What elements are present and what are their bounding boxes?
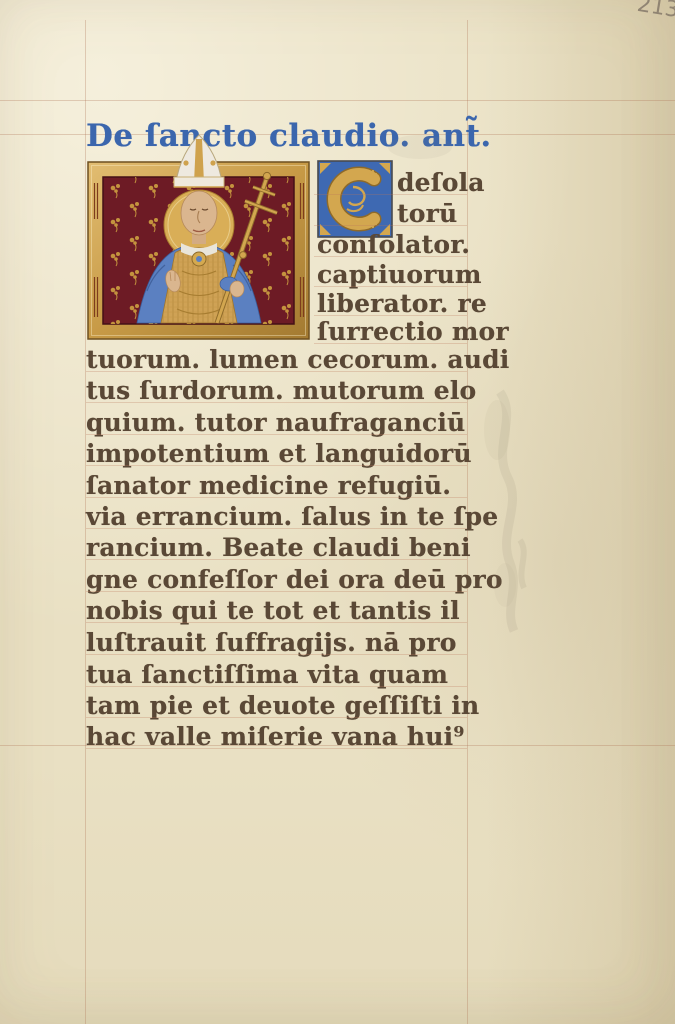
text-line-ruling (86, 591, 467, 592)
text-line: tua ſanctiſſima vita quam (86, 660, 448, 689)
manuscript-page: 213 De ſancto claudio. ant̃. Saint Claud… (0, 0, 675, 1024)
text-line-ruling (314, 343, 467, 344)
text-line-ruling (314, 225, 467, 226)
text-line: ſanator medicine refugiū. (86, 471, 451, 500)
text-line: gne confeſſor dei ora deū pro (86, 565, 503, 594)
text-line-ruling (86, 686, 467, 687)
text-line-ruling (86, 748, 467, 749)
text-line: liberator. re (317, 289, 487, 318)
text-line: hac valle miſerie vana hui⁹ (86, 722, 465, 751)
text-line-ruling (86, 402, 467, 403)
text-line-ruling (314, 194, 467, 195)
miniature-saint-claude: Saint Claude as bishop, blessing, holdin… (87, 131, 311, 341)
text-line: captiuorum (317, 260, 482, 289)
folio-number: 213 (635, 0, 675, 23)
text-line-ruling (86, 559, 467, 560)
text-line: impotentium et languidorū (86, 439, 472, 468)
text-line: ſurrectio mor (317, 317, 509, 346)
text-line: tam pie et deuote geſſiſti in (86, 691, 479, 720)
text-line-ruling (86, 528, 467, 529)
text-line-ruling (86, 622, 467, 623)
text-line: via errancium. ſalus in te ſpe (86, 502, 498, 531)
text-line-ruling (86, 497, 467, 498)
text-line: rancium. Beate claudi beni (86, 533, 471, 562)
top-ruling-1 (0, 100, 675, 101)
text-line: torū (397, 199, 457, 228)
text-line-ruling (314, 286, 467, 287)
text-line-ruling (86, 465, 467, 466)
mitre (174, 135, 224, 187)
text-line-ruling (86, 717, 467, 718)
text-line: quium. tutor naufraganciū (86, 408, 465, 437)
text-line-ruling (314, 256, 467, 257)
text-line-ruling (314, 315, 467, 316)
text-line: conſolator. (317, 230, 470, 259)
text-line-ruling (86, 654, 467, 655)
staff-hand (230, 281, 244, 297)
text-line: nobis qui te tot et tantis il (86, 596, 460, 625)
text-line: luſtrauit ſuffragijs. nā pro (86, 628, 457, 657)
face (181, 191, 217, 235)
text-line: tuorum. lumen cecorum. audi (86, 345, 510, 374)
illuminated-initial: C (317, 160, 393, 238)
text-line-ruling (86, 434, 467, 435)
text-line: tus ſurdorum. mutorum elo (86, 376, 476, 405)
text-line: deſola (397, 168, 485, 197)
text-line-ruling (86, 371, 467, 372)
